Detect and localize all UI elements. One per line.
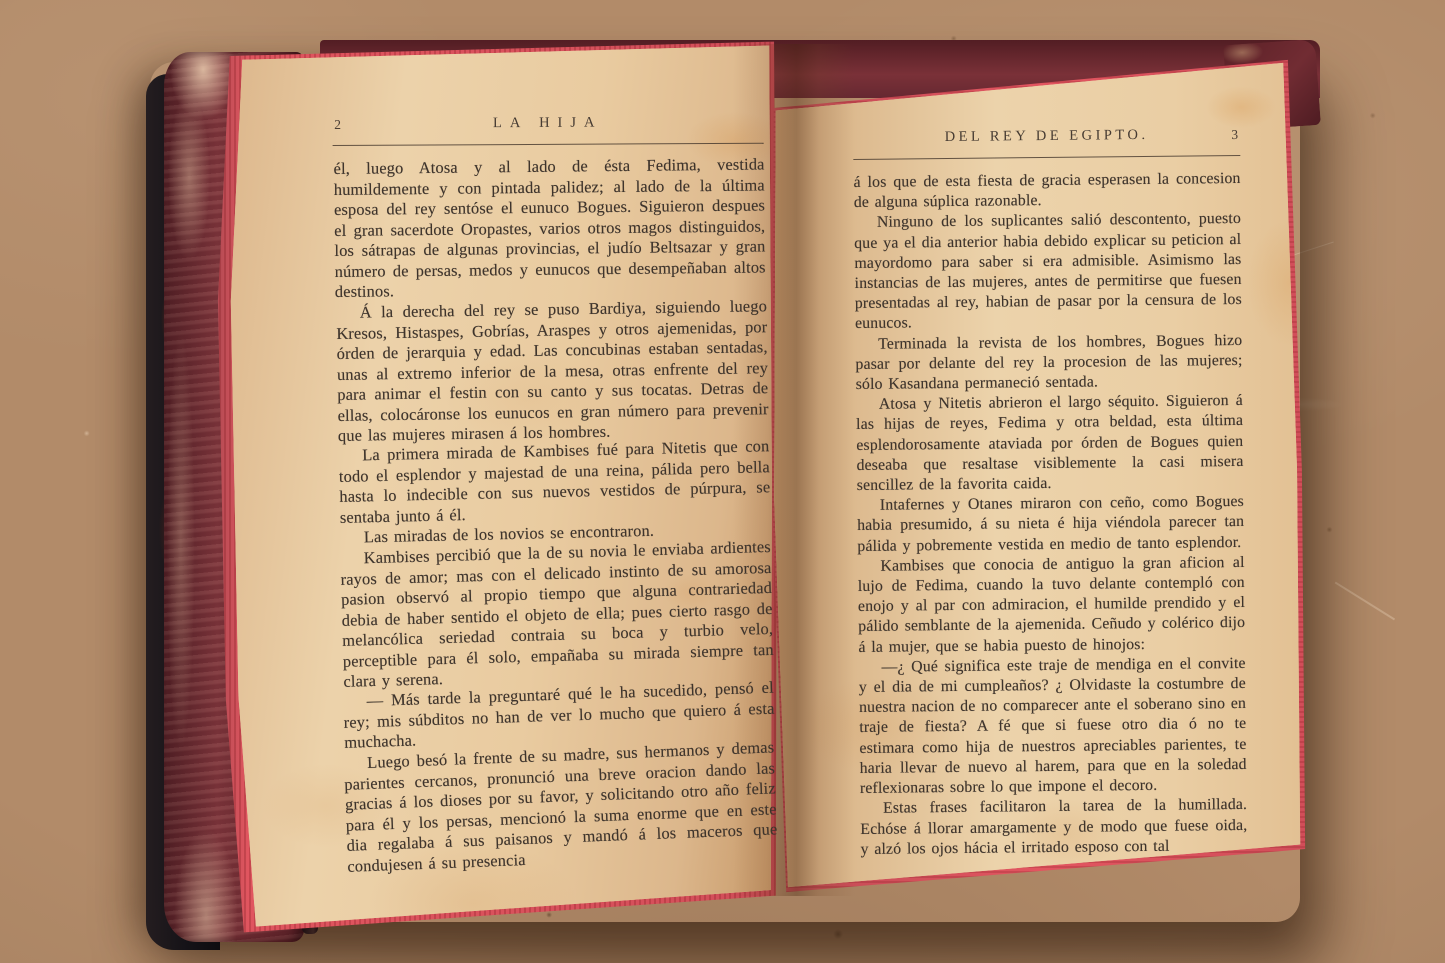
paragraph: Kambises que conocia de antiguo la gran … [857, 553, 1245, 658]
paragraph: Kambises percibió que la de su novia le … [340, 536, 775, 691]
paragraph: —¿ Qué significa este traje de mendiga e… [859, 654, 1247, 799]
paragraph: él, luego Atosa y al lado de ésta Fedima… [333, 154, 765, 302]
header-rule [853, 155, 1240, 160]
left-page-header: 2 LA HIJA [332, 112, 763, 136]
right-page-text: DEL REY DE EGIPTO. 3 á los que de esta f… [853, 124, 1248, 860]
left-page-number: 2 [334, 115, 341, 136]
photo-open-book: 2 LA HIJA él, luego Atosa y al lado de é… [0, 0, 1445, 963]
right-page-header: DEL REY DE EGIPTO. 3 [853, 124, 1240, 150]
paragraph: Luego besó la frente de su madre, sus he… [343, 737, 778, 876]
paragraph: Intafernes y Otanes miraron con ceño, co… [857, 492, 1245, 557]
paragraph: Ninguno de los suplicantes salió descont… [854, 209, 1242, 334]
paragraph: Estas frases facilitaron la tarea de la … [860, 795, 1248, 860]
right-page-number: 3 [1231, 125, 1238, 145]
paragraph: á los que de esta fiesta de gracia esper… [853, 169, 1240, 213]
paragraph: Á la derecha del rey se puso Bardiya, si… [336, 296, 769, 446]
right-running-title: DEL REY DE EGIPTO. [853, 124, 1240, 148]
paragraph: Atosa y Nitetis abrieron el largo séquit… [856, 391, 1244, 496]
paragraph: La primera mirada de Kambises fué para N… [338, 436, 771, 528]
header-rule [333, 143, 764, 146]
paragraph: Terminada la revista de los hombres, Bog… [855, 331, 1243, 396]
left-running-title: LA HIJA [332, 112, 763, 135]
left-page-text: 2 LA HIJA él, luego Atosa y al lado de é… [332, 106, 778, 877]
